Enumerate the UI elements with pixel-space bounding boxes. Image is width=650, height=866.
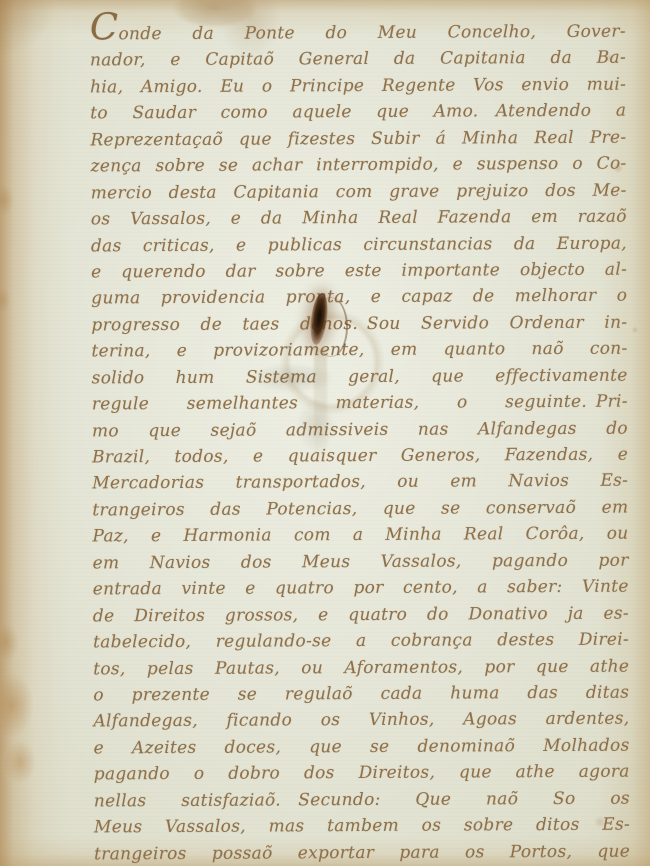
manuscript-line: mo que sejaõ admissiveis nas Alfandegas … xyxy=(92,415,628,444)
manuscript-line: Paz, e Harmonia com a Minha Real Corôa, … xyxy=(92,521,628,550)
manuscript-line: em Navios dos Meus Vassalos, pagando por xyxy=(93,547,629,576)
manuscript-line: os Vassalos, e da Minha Real Fazenda em … xyxy=(91,204,627,233)
manuscript-line: mercio desta Capitania com grave prejuiz… xyxy=(91,177,627,206)
manuscript-line: zença sobre se achar interrompido, e sus… xyxy=(90,151,626,180)
manuscript-line: nador, e Capitaõ General da Capitania da… xyxy=(90,45,626,74)
water-streak xyxy=(314,348,327,468)
manuscript-line: de Direitos grossos, e quatro do Donativ… xyxy=(93,600,629,629)
manuscript-line: terina, e provizoriamente, em quanto naõ… xyxy=(91,336,627,365)
manuscript-line: tos, pelas Pautas, ou Aforamentos, por q… xyxy=(93,653,629,682)
manuscript-line: nellas satisfaziaõ. Secundo: Que naõ So … xyxy=(94,785,630,814)
manuscript-line: to Saudar como aquele que Amo. Atendendo… xyxy=(90,98,626,127)
manuscript-line: entrada vinte e quatro por cento, a sabe… xyxy=(93,574,629,603)
manuscript-line: hia, Amigo. Eu o Principe Regente Vos en… xyxy=(90,71,626,100)
manuscript-line: regule semelhantes materias, o seguinte.… xyxy=(92,389,628,418)
manuscript-line: Brazil, todos, e quaisquer Generos, Faze… xyxy=(92,442,628,471)
manuscript-line: solido hum Sistema geral, que effectivam… xyxy=(92,362,628,391)
manuscript-line: e Azeites doces, que se denominaõ Molhad… xyxy=(94,732,630,761)
manuscript-line: Mercadorias transportados, ou em Navios … xyxy=(92,468,628,497)
manuscript-line: o prezente se regulaõ cada huma das dita… xyxy=(93,680,629,709)
manuscript-line: das criticas, e publicas circunstancias … xyxy=(91,230,627,259)
manuscript-line: progresso de taes dános. Sou Servido Ord… xyxy=(91,309,627,338)
manuscript-line: Alfandegas, ficando os Vinhos, Agoas ard… xyxy=(93,706,629,735)
manuscript-line: Conde da Ponte do Meu Concelho, Gover- xyxy=(90,19,626,48)
manuscript-page: Conde da Ponte do Meu Concelho, Gover- n… xyxy=(0,0,650,866)
manuscript-line: pagando o dobro dos Direitos, que athe a… xyxy=(94,759,630,788)
manuscript-text: Conde da Ponte do Meu Concelho, Gover- n… xyxy=(90,19,630,866)
manuscript-line: trangeiros possaõ exportar para os Porto… xyxy=(94,838,630,866)
manuscript-line: trangeiros das Potencias, que se conserv… xyxy=(92,494,628,523)
manuscript-line: Reprezentaçaõ que fizestes Subir á Minha… xyxy=(90,124,626,153)
manuscript-line: guma providencia pronta, e capaz de melh… xyxy=(91,283,627,312)
manuscript-line: Meus Vassalos, mas tambem os sobre ditos… xyxy=(94,812,630,841)
manuscript-line: e querendo dar sobre este importante obj… xyxy=(91,257,627,286)
manuscript-line: tabelecido, regulando-se a cobrança dest… xyxy=(93,627,629,656)
